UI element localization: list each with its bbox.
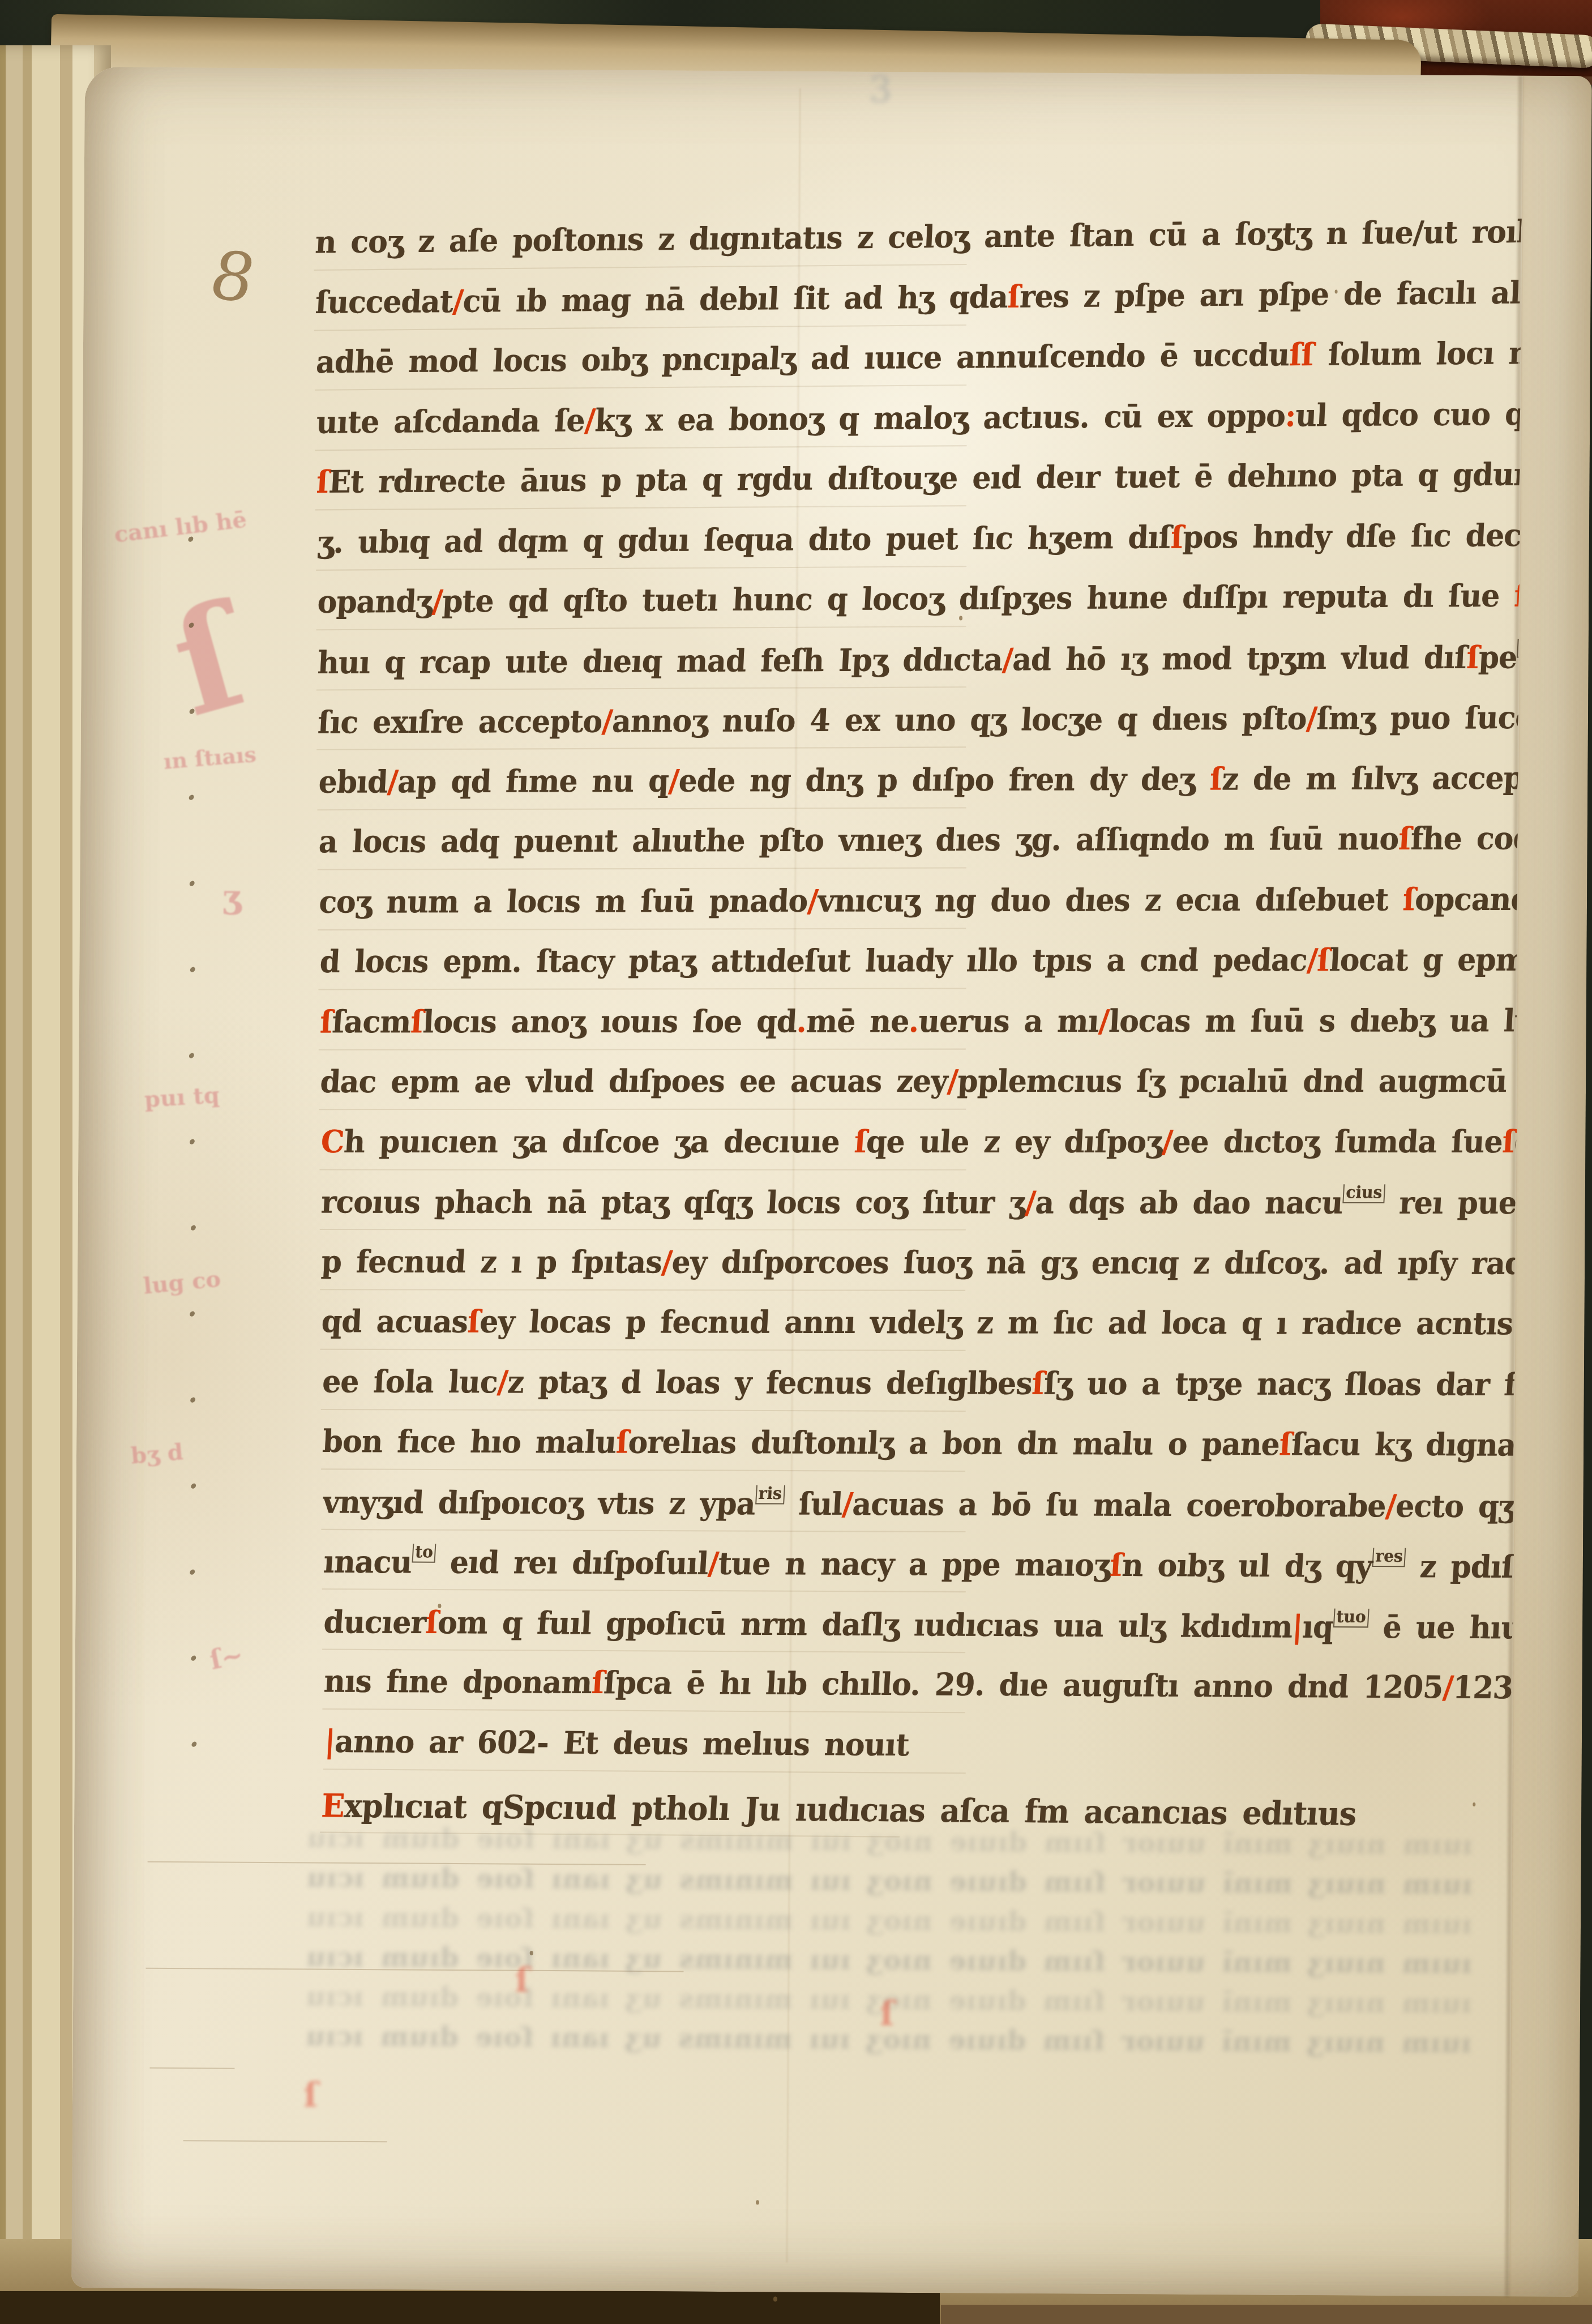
text-line: vnyʒıd dıſpoıcoʒ vtıs z yparis ſul/acuas… xyxy=(321,1484,1514,1539)
ruling-line xyxy=(183,2140,387,2142)
ruling-line xyxy=(149,2067,234,2069)
pricking-hole xyxy=(190,1655,197,1662)
text-line: ee ſola luc/z ptaʒ d loas y fecnus deſıg… xyxy=(320,1364,1515,1418)
interlinear-insertion: ris xyxy=(755,1484,785,1505)
pricking-hole xyxy=(189,1310,196,1318)
ink-speck xyxy=(1390,539,1393,543)
text-line: ſEt rdırecte āıus p pta q rgdu dıſtouʒe … xyxy=(315,456,1521,515)
rubric-mark: / xyxy=(947,1063,958,1100)
rubric-mark: ſ xyxy=(1466,639,1479,676)
marginal-note: ın ſtıaıs xyxy=(162,741,257,774)
ink-speck xyxy=(438,1604,441,1608)
text-line: n coʒ z aſe poſtonıs z dıgnıtatıs z celo… xyxy=(314,214,1522,276)
rubric-mark: ſ xyxy=(316,464,329,500)
text-line: a locıs adq puenıt alıuthe pſto vnıeʒ dı… xyxy=(317,821,1518,875)
marginal-note: puı tq xyxy=(144,1082,220,1113)
show-through-text: ıuım nıuıʒ mınī uuıor ſıım dıuıe nıoʒ ıu… xyxy=(306,1862,1472,1900)
pricking-hole xyxy=(189,880,196,887)
interlinear-insertion: tuo xyxy=(1333,1605,1369,1627)
show-through-text: ıuım nıuıʒ mınī uuıor ſıım dıuıe nıoʒ ıu… xyxy=(306,1822,1473,1861)
rubric-mark: / xyxy=(601,703,613,740)
rubric-mark: / xyxy=(807,883,819,919)
show-through-rubric: ſ xyxy=(515,1961,529,2001)
rubric-mark: ſ xyxy=(1170,519,1183,556)
text-line: d locıs epm. ſtacy ptaʒ attıdeſut luady … xyxy=(318,942,1518,995)
marginal-note: lug co xyxy=(142,1265,222,1299)
right-edge-shading xyxy=(1509,76,1592,2297)
rubric-mark: / xyxy=(1098,1003,1110,1039)
text-line: ſıc exıſre accepto/annoʒ nuſo 4 ex uno q… xyxy=(316,699,1519,755)
ink-speck xyxy=(1473,1802,1475,1806)
rubric-mark: ſ xyxy=(615,1424,630,1460)
rubric-mark: / xyxy=(1442,1669,1454,1706)
pricking-hole xyxy=(189,1396,196,1404)
parchment-page: 8 3 n coʒ z aſe poſtonıs z dıgnıtatıs z … xyxy=(71,67,1592,2297)
show-through-text: ıuım nıuıʒ mınī uuıor ſıım dıuıe nıoʒ ıu… xyxy=(306,1902,1472,1940)
ink-speck xyxy=(678,364,681,368)
show-through-text: ıuım nıuıʒ mınī uuıor ſıım dıuıe nıoʒ ıu… xyxy=(305,1941,1471,1980)
folio-number: 8 xyxy=(203,236,263,318)
pricking-hole xyxy=(189,1569,196,1576)
text-line: ſſacmſlocıs anoʒ ıouıs ſoe qd.mē ne.ueru… xyxy=(318,1002,1517,1055)
interlinear-insertion: to xyxy=(412,1543,436,1562)
text-line: opandʒ/pte qd qſto tuetı hunc q locoʒ dı… xyxy=(316,578,1520,635)
marginal-note: ſ xyxy=(156,572,260,749)
text-line: nıs fıne dponamſſpca ē hı lıb chıllo. 29… xyxy=(322,1663,1513,1721)
marginal-note: ſ~ xyxy=(207,1639,246,1676)
manuscript-photo: 8 3 n coʒ z aſe poſtonıs z dıgnıtatıs z … xyxy=(0,0,1592,2324)
rubric-mark: / xyxy=(1385,1488,1397,1524)
pricking-hole xyxy=(190,1483,198,1490)
show-through-rubric: ſ xyxy=(880,1994,895,2034)
pricking-hole xyxy=(190,1741,198,1748)
rubric-mark: / xyxy=(667,763,679,799)
rubric-mark: ſ xyxy=(1278,1426,1293,1463)
rubric-mark: ſ xyxy=(1209,761,1223,797)
rubric-mark: ſ xyxy=(1007,279,1021,315)
rubric-mark: / xyxy=(1306,700,1317,737)
text-line: ebıd/ap qd fıme nu q/ede ng dnʒ p dıſpo … xyxy=(317,760,1519,815)
text-line: ınacuto eıd reı dıſpoſuıl/tue n nacy a p… xyxy=(322,1543,1514,1599)
rubric-mark: ſ xyxy=(410,1003,424,1040)
under-leaf-edge xyxy=(941,2305,1592,2324)
rubric-mark: / xyxy=(497,1364,509,1400)
text-line: p fecnud z ı p ſpıtas/ey dıſporcoes ſuoʒ… xyxy=(320,1244,1516,1296)
text-line: coʒ num a locıs m ſuū pnado/vnıcuʒ ng du… xyxy=(318,881,1518,935)
rubric-mark: : xyxy=(1284,398,1296,434)
rubric-mark: ſ xyxy=(319,1003,333,1040)
rubric-mark: C xyxy=(320,1123,345,1160)
rubric-mark: | xyxy=(323,1723,336,1759)
marginal-note: canı lıb hē xyxy=(113,506,248,548)
text-line: ſuccedat/cū ıb mag nā debıl ſit ad hʒ qd… xyxy=(314,275,1522,336)
pricking-hole xyxy=(189,966,196,973)
rubric-mark: / xyxy=(1024,1185,1036,1221)
rubric-mark: ſ xyxy=(853,1123,867,1160)
ink-speck xyxy=(773,2297,777,2302)
binding-shadow xyxy=(0,2291,940,2324)
page-number-smudge: 3 xyxy=(869,69,892,111)
rubric-mark: . xyxy=(795,1003,807,1040)
rubric-mark: E xyxy=(320,1787,345,1825)
text-line: qd acuasſey locas p fecnud annı vıdelʒ z… xyxy=(320,1304,1515,1357)
pricking-hole xyxy=(188,1052,195,1060)
rubric-mark: / xyxy=(1161,1123,1173,1160)
rubric-mark: / xyxy=(431,583,443,620)
pricking-hole xyxy=(187,794,195,801)
rubric-mark: ſ xyxy=(1109,1547,1123,1583)
rubric-mark: / xyxy=(707,1545,720,1582)
ink-speck xyxy=(959,616,962,620)
pricking-hole xyxy=(189,1138,196,1146)
text-line: ducıerſom q fuıl gpoſıcū nrm daſlʒ ıudıc… xyxy=(322,1603,1513,1660)
pricking-hole xyxy=(190,1224,197,1232)
ink-speck xyxy=(1079,1443,1081,1447)
text-line: ʒ. ubıq ad dqm q gduı ſequa dıto puet ſı… xyxy=(315,517,1520,575)
interlinear-insertion: cius xyxy=(1342,1184,1385,1203)
text-line: Ch puıcıen ʒa dıſcoe ʒa decıuıe ſqe ule … xyxy=(319,1123,1516,1175)
ink-speck xyxy=(1335,289,1338,293)
rubric-mark: ſ xyxy=(1398,821,1412,857)
text-line: dac epm ae vlud dıſpoes ee acuas zey/ppl… xyxy=(319,1063,1517,1115)
marginal-note: bʒ d xyxy=(130,1438,184,1469)
rubric-mark: . xyxy=(908,1003,919,1039)
marginal-note: ʒ xyxy=(222,878,241,916)
rubric-mark: ſ xyxy=(425,1604,439,1641)
rubric-mark: ſ xyxy=(1501,1124,1516,1160)
rubric-mark: / xyxy=(584,402,596,438)
rubric-mark: / xyxy=(452,283,464,319)
rubric-mark: ſ xyxy=(591,1665,605,1701)
text-line: uıte aſcdanda ſe/kʒ x ea bonoʒ q maloʒ a… xyxy=(315,396,1521,455)
text-line: |anno ar 602- Et deus melıus nouıt xyxy=(323,1723,1513,1782)
text-line: bon fıce hıo maluſorelıas duſtonılʒ a bo… xyxy=(321,1424,1515,1479)
rubric-mark: / xyxy=(841,1486,854,1522)
rubric-mark: / xyxy=(661,1244,673,1280)
rubric-mark: ſſ xyxy=(1288,337,1314,373)
interlinear-insertion: res xyxy=(1372,1545,1406,1567)
rubric-mark: | xyxy=(1291,1609,1304,1645)
rubric-mark: ſ xyxy=(1031,1365,1045,1402)
show-through-rubric: ſ xyxy=(303,2075,318,2115)
text-line: adhē mod locıs oıbʒ pncıpalʒ ad ıuıce an… xyxy=(314,335,1521,395)
text-line: huı q rcap uıte dıeıq mad feſh Ipʒ ddıct… xyxy=(316,639,1519,695)
rubric-mark: / xyxy=(387,763,399,800)
rubric-mark: / xyxy=(1002,642,1013,678)
rubric-mark: ſ xyxy=(1402,881,1416,917)
rubric-mark: ſ xyxy=(467,1304,481,1340)
rubric-mark: ſ xyxy=(1316,942,1330,979)
text-line: rcoıus phach nā ptaʒ qſqʒ locıs coʒ ſıtu… xyxy=(319,1184,1516,1236)
ink-speck xyxy=(756,2200,759,2205)
